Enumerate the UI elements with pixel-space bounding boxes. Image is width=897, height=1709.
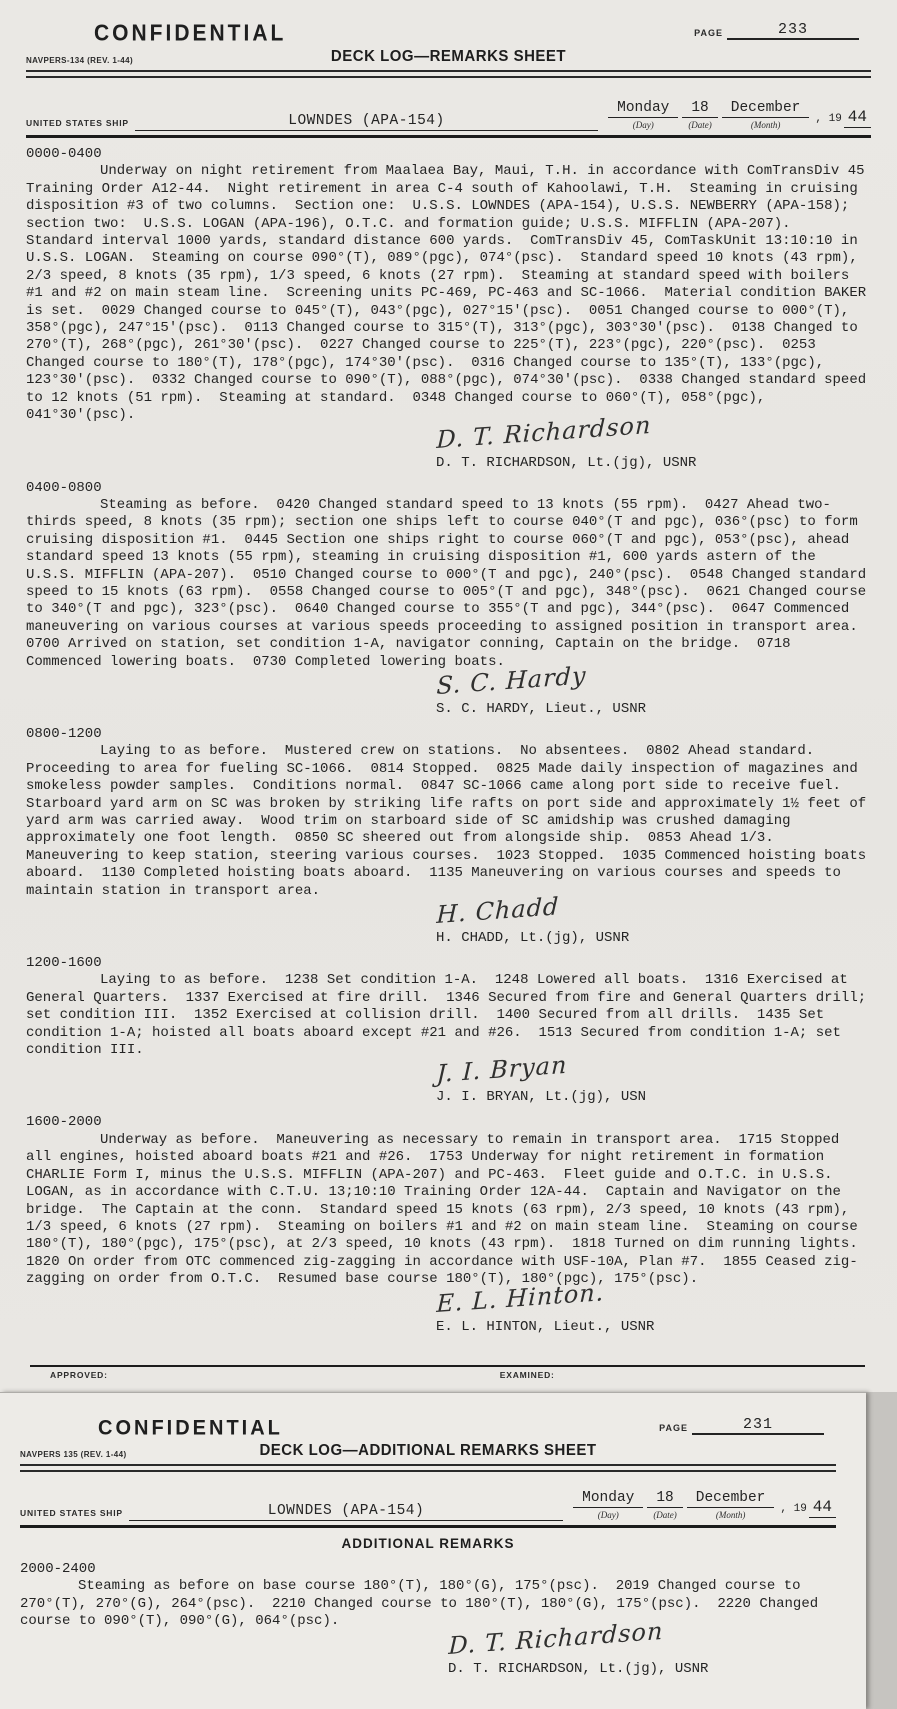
ship-name: LOWNDES (APA-154) <box>135 113 598 131</box>
signature-typed-name: J. I. BRYAN, Lt.(jg), USN <box>436 1089 871 1106</box>
page-number-box: PAGE 233 <box>694 20 859 40</box>
entry-time-range: 0800-1200 <box>26 726 871 743</box>
approval-footer: APPROVED: EXAMINED: <box>30 1365 865 1380</box>
page-number-box: PAGE 231 <box>659 1415 824 1435</box>
year-value: 44 <box>809 1498 836 1518</box>
log-entry-0000-0400: 0000-0400 Underway on night retirement f… <box>26 146 871 472</box>
date-field: 18 (Date) <box>647 1490 682 1521</box>
year-prefix: , 19 <box>815 113 841 125</box>
entry-text: Laying to as before. Mustered crew on st… <box>26 743 871 900</box>
day-label: (Day) <box>598 1510 619 1521</box>
log-entry-0400-0800: 0400-0800 Steaming as before. 0420 Chang… <box>26 480 871 718</box>
month-value: December <box>722 100 810 118</box>
entry-time-range: 2000-2400 <box>20 1561 836 1578</box>
date-field: 18 (Date) <box>682 100 717 131</box>
log-entry-1600-2000: 1600-2000 Underway as before. Maneuverin… <box>26 1114 871 1335</box>
signature-block: D. T. Richardson D. T. RICHARDSON, Lt.(j… <box>448 1632 836 1678</box>
examined-label: EXAMINED: <box>500 1370 555 1380</box>
log-entry-2000-2400: 2000-2400 Steaming as before on base cou… <box>20 1561 836 1678</box>
form-number: NAVPERS 135 (REV. 1-44) <box>20 1450 259 1459</box>
day-field: Monday (Day) <box>573 1490 643 1521</box>
approved-label: APPROVED: <box>50 1370 108 1380</box>
entry-text: Underway as before. Maneuvering as neces… <box>26 1132 871 1289</box>
sheet-title: DECK LOG—REMARKS SHEET <box>331 48 566 66</box>
ship-name: LOWNDES (APA-154) <box>129 1503 563 1521</box>
form-title-row: NAVPERS 135 (REV. 1-44) DECK LOG—ADDITIO… <box>20 1442 836 1459</box>
thick-rule <box>26 135 871 138</box>
ship-label: UNITED STATES SHIP <box>26 118 129 128</box>
form-title-row: NAVPERS-134 (REV. 1-44) DECK LOG—REMARKS… <box>26 48 871 65</box>
entry-text: Underway on night retirement from Maalae… <box>26 163 871 424</box>
additional-remarks-heading: ADDITIONAL REMARKS <box>20 1536 836 1552</box>
classification-stamp: CONFIDENTIAL <box>98 1416 283 1441</box>
page-label: PAGE <box>694 28 723 38</box>
day-label: (Day) <box>633 120 654 131</box>
signature-typed-name: S. C. HARDY, Lieut., USNR <box>436 701 871 718</box>
log-entry-0800-1200: 0800-1200 Laying to as before. Mustered … <box>26 726 871 947</box>
day-field: Monday (Day) <box>608 100 678 131</box>
day-value: Monday <box>608 100 678 118</box>
month-field: December (Month) <box>722 100 810 131</box>
page-label: PAGE <box>659 1423 688 1433</box>
entry-time-range: 1200-1600 <box>26 955 871 972</box>
sheet-title: DECK LOG—ADDITIONAL REMARKS SHEET <box>259 1442 596 1460</box>
signature-typed-name: H. CHADD, Lt.(jg), USNR <box>436 930 871 947</box>
signature-block: D. T. Richardson D. T. RICHARDSON, Lt.(j… <box>436 426 871 472</box>
page-number-line: 233 <box>727 20 859 40</box>
signature-typed-name: D. T. RICHARDSON, Lt.(jg), USNR <box>448 1661 836 1678</box>
date-value: 18 <box>682 100 717 118</box>
date-label: (Date) <box>688 120 712 131</box>
log-entry-1200-1600: 1200-1600 Laying to as before. 1238 Set … <box>26 955 871 1106</box>
signature-block: J. I. Bryan J. I. BRYAN, Lt.(jg), USN <box>436 1060 871 1106</box>
entry-time-range: 1600-2000 <box>26 1114 871 1131</box>
year-value: 44 <box>844 108 871 128</box>
year-prefix: , 19 <box>780 1503 806 1515</box>
double-rule <box>26 70 871 78</box>
entry-text: Steaming as before. 0420 Changed standar… <box>26 497 871 671</box>
thick-rule <box>20 1525 836 1528</box>
masthead: CONFIDENTIAL PAGE 231 <box>20 1415 836 1440</box>
date-group: Monday (Day) 18 (Date) December (Month) … <box>569 1490 836 1521</box>
ship-label: UNITED STATES SHIP <box>20 1508 123 1518</box>
date-group: Monday (Day) 18 (Date) December (Month) … <box>604 100 871 131</box>
entry-time-range: 0000-0400 <box>26 146 871 163</box>
signature-block: S. C. Hardy S. C. HARDY, Lieut., USNR <box>436 672 871 718</box>
page-number: 233 <box>778 21 808 38</box>
deck-log-remarks-sheet: CONFIDENTIAL PAGE 233 NAVPERS-134 (REV. … <box>0 0 897 1392</box>
page-number-line: 231 <box>692 1415 824 1435</box>
signature-typed-name: D. T. RICHARDSON, Lt.(jg), USNR <box>436 455 871 472</box>
date-label: (Date) <box>653 1510 677 1521</box>
date-value: 18 <box>647 1490 682 1508</box>
signature-block: E. L. Hinton. E. L. HINTON, Lieut., USNR <box>436 1290 871 1336</box>
page-number: 231 <box>743 1416 773 1433</box>
month-label: (Month) <box>716 1510 746 1521</box>
deck-log-additional-remarks-sheet: CONFIDENTIAL PAGE 231 NAVPERS 135 (REV. … <box>0 1392 866 1709</box>
day-value: Monday <box>573 1490 643 1508</box>
double-rule <box>20 1464 836 1472</box>
month-value: December <box>687 1490 775 1508</box>
entry-time-range: 0400-0800 <box>26 480 871 497</box>
month-label: (Month) <box>751 120 781 131</box>
classification-stamp: CONFIDENTIAL <box>94 21 286 47</box>
month-field: December (Month) <box>687 1490 775 1521</box>
ship-date-row: UNITED STATES SHIP LOWNDES (APA-154) Mon… <box>26 100 871 131</box>
masthead: CONFIDENTIAL PAGE 233 <box>26 20 871 46</box>
form-number: NAVPERS-134 (REV. 1-44) <box>26 56 331 65</box>
signature-block: H. Chadd H. CHADD, Lt.(jg), USNR <box>436 901 871 947</box>
ship-date-row: UNITED STATES SHIP LOWNDES (APA-154) Mon… <box>20 1490 836 1521</box>
signature-typed-name: E. L. HINTON, Lieut., USNR <box>436 1319 871 1336</box>
